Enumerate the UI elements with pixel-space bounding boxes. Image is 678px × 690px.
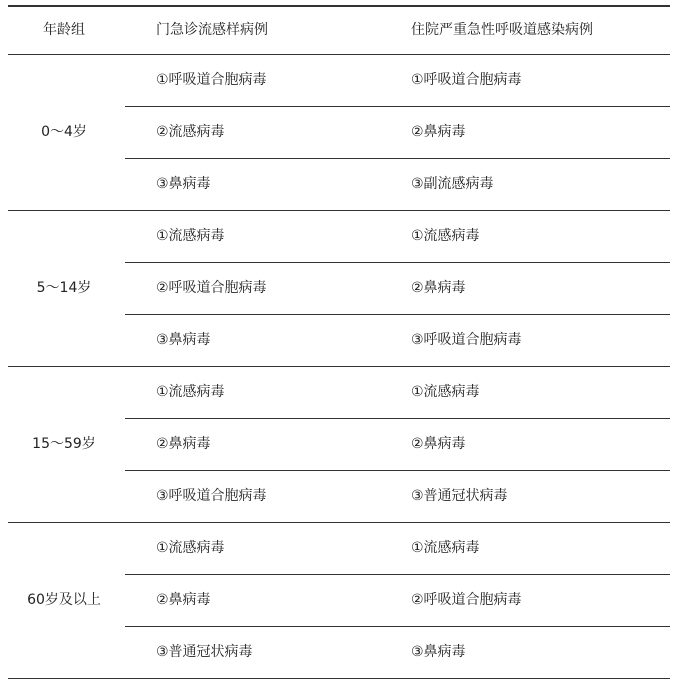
inpatient-virus-cell: ①流感病毒 — [411, 538, 480, 558]
inpatient-virus-cell: ③普通冠状病毒 — [411, 486, 508, 506]
inpatient-virus-cell: ②鼻病毒 — [411, 434, 466, 454]
row-rule — [125, 106, 670, 107]
row-rule — [125, 158, 670, 159]
outpatient-virus-cell: ③呼吸道合胞病毒 — [156, 486, 267, 506]
outpatient-virus-cell: ②鼻病毒 — [156, 590, 211, 610]
inpatient-virus-cell: ①流感病毒 — [411, 382, 480, 402]
outpatient-virus-cell: ②鼻病毒 — [156, 434, 211, 454]
outpatient-virus-cell: ③鼻病毒 — [156, 330, 211, 350]
outpatient-virus-cell: ②流感病毒 — [156, 122, 225, 142]
row-rule — [125, 314, 670, 315]
inpatient-virus-cell: ③副流感病毒 — [411, 174, 494, 194]
outpatient-virus-cell: ①流感病毒 — [156, 538, 225, 558]
outpatient-virus-cell: ①流感病毒 — [156, 226, 225, 246]
age-group-label: 0～4岁 — [8, 122, 120, 142]
header-outpatient: 门急诊流感样病例 — [156, 20, 268, 40]
outpatient-virus-cell: ①流感病毒 — [156, 382, 225, 402]
outpatient-virus-cell: ①呼吸道合胞病毒 — [156, 70, 267, 90]
inpatient-virus-cell: ①呼吸道合胞病毒 — [411, 70, 522, 90]
inpatient-virus-cell: ①流感病毒 — [411, 226, 480, 246]
age-group-label: 15～59岁 — [8, 434, 120, 454]
table-top-rule — [8, 5, 670, 7]
age-group-label: 5～14岁 — [8, 278, 120, 298]
outpatient-virus-cell: ③普通冠状病毒 — [156, 642, 253, 662]
group-rule — [8, 366, 670, 367]
age-group-label: 60岁及以上 — [8, 590, 120, 610]
group-rule — [8, 678, 670, 679]
group-rule — [8, 210, 670, 211]
outpatient-virus-cell: ②呼吸道合胞病毒 — [156, 278, 267, 298]
row-rule — [125, 626, 670, 627]
header-age-group: 年龄组 — [8, 20, 120, 40]
inpatient-virus-cell: ②呼吸道合胞病毒 — [411, 590, 522, 610]
row-rule — [125, 418, 670, 419]
inpatient-virus-cell: ②鼻病毒 — [411, 278, 466, 298]
header-rule — [8, 54, 670, 55]
inpatient-virus-cell: ③呼吸道合胞病毒 — [411, 330, 522, 350]
row-rule — [125, 262, 670, 263]
inpatient-virus-cell: ②鼻病毒 — [411, 122, 466, 142]
inpatient-virus-cell: ③鼻病毒 — [411, 642, 466, 662]
group-rule — [8, 522, 670, 523]
row-rule — [125, 470, 670, 471]
outpatient-virus-cell: ③鼻病毒 — [156, 174, 211, 194]
header-inpatient: 住院严重急性呼吸道感染病例 — [411, 20, 593, 40]
row-rule — [125, 574, 670, 575]
